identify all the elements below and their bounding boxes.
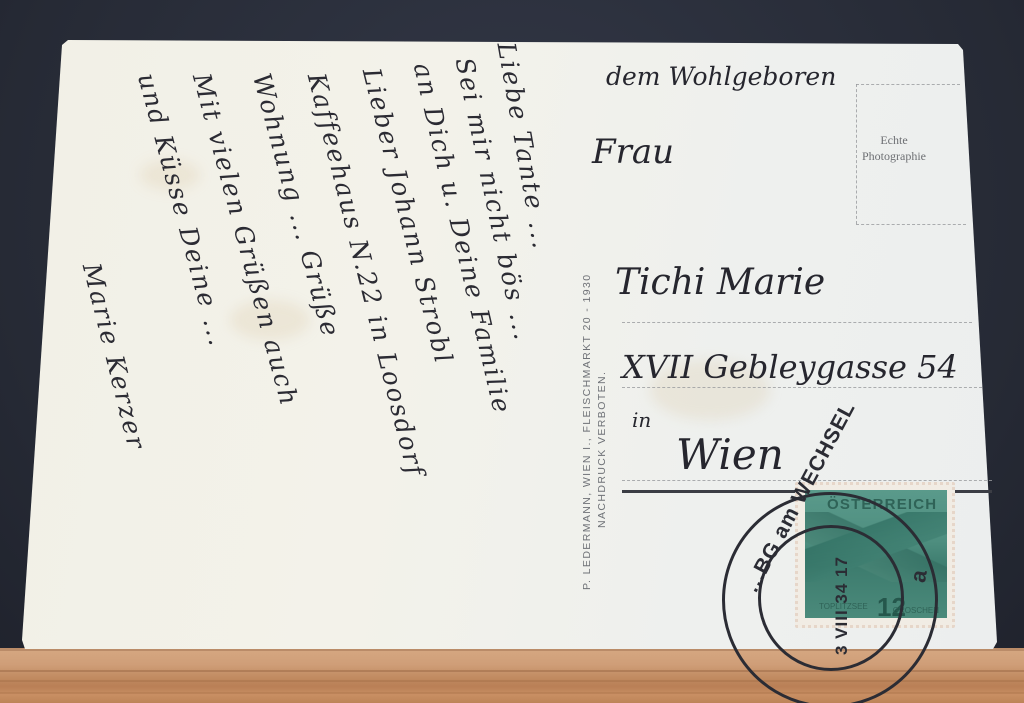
stamp-box-border	[856, 84, 960, 85]
imprint-line-2: NACHDRUCK VERBOTEN.	[595, 274, 610, 590]
address-line	[622, 387, 982, 388]
postcard: Liebe Tante ... Sei mir nicht bös ... an…	[0, 0, 1024, 703]
address-in: in	[632, 408, 651, 432]
address-title: Frau	[592, 132, 674, 172]
address-street: XVII Gebleygasse 54	[622, 348, 958, 386]
photo-label: Echte Photographie	[862, 132, 926, 164]
address-name: Tichi Marie	[615, 262, 825, 303]
imprint-line-1: P. LEDERMANN, WIEN I., FLEISCHMARKT 20 -…	[580, 274, 595, 590]
stamp-box-border	[856, 84, 857, 224]
address-salutation: dem Wohlgeboren	[606, 62, 836, 91]
stamp-box-border	[856, 224, 966, 225]
postmark-date: 3 VIII 34 17	[832, 556, 852, 655]
address-line	[622, 322, 972, 323]
address-city: Wien	[676, 430, 784, 479]
publisher-imprint: P. LEDERMANN, WIEN I., FLEISCHMARKT 20 -…	[580, 274, 610, 590]
